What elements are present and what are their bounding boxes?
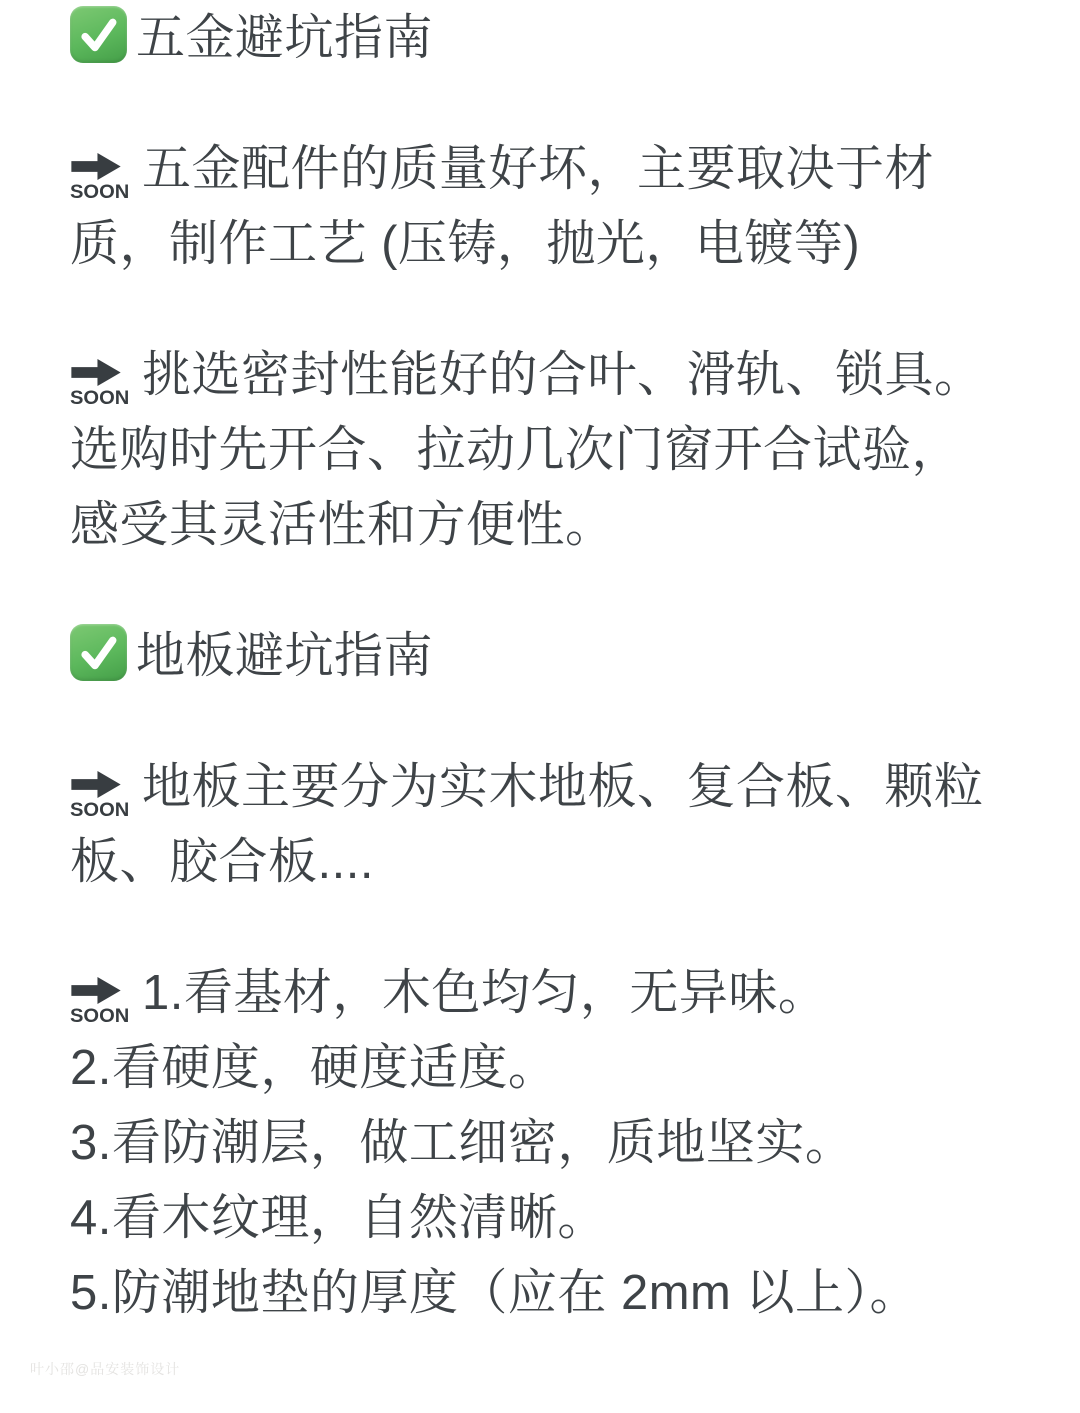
text-line: 感受其灵活性和方便性。 [70,498,615,552]
text-line: 地板主要分为实木地板、复合板、颗粒 [142,760,984,814]
text-line: 5.防潮地垫的厚度（应在 2mm 以上）。 [70,1266,919,1320]
text-line: 选购时先开合、拉动几次门窗开合试验， [70,423,961,477]
note-paragraph: SOON1.看基材，木色均匀，无异味。2.看硬度，硬度适度。3.看防潮层，做工细… [70,956,1024,1331]
text-line: 五金配件的质量好坏，主要取决于材 [142,142,934,196]
soon-arrow-icon: SOON [70,973,130,1030]
check-emoji-icon [70,6,127,63]
note-page: 五金避坑指南SOON五金配件的质量好坏，主要取决于材质，制作工艺 (压铸，抛光，… [0,0,1080,1413]
text-line: 板、胶合板.... [70,835,374,889]
text-line: 3.看防潮层，做工细密，质地坚实。 [70,1116,854,1170]
watermark: 叶小邵@品安装饰设计 [30,1360,180,1378]
soon-label: SOON [70,1005,134,1028]
soon-label: SOON [70,799,134,822]
text-line: 1.看基材，木色均匀，无异味。 [142,966,827,1020]
text-line: 地板避坑指南 [136,629,433,683]
text-line: 五金避坑指南 [136,11,433,65]
soon-label: SOON [70,181,134,204]
text-line: 质，制作工艺 (压铸，抛光，电镀等) [70,217,860,271]
soon-label: SOON [70,387,134,410]
soon-arrow-icon: SOON [70,355,130,412]
text-line: 4.看木纹理，自然清晰。 [70,1191,607,1245]
note-paragraph: SOON挑选密封性能好的合叶、滑轨、锁具。选购时先开合、拉动几次门窗开合试验，感… [70,338,1024,563]
note-content: 五金避坑指南SOON五金配件的质量好坏，主要取决于材质，制作工艺 (压铸，抛光，… [0,0,1080,1331]
note-paragraph: SOON五金配件的质量好坏，主要取决于材质，制作工艺 (压铸，抛光，电镀等) [70,132,1024,282]
text-line: 2.看硬度，硬度适度。 [70,1041,557,1095]
note-paragraph: SOON地板主要分为实木地板、复合板、颗粒板、胶合板.... [70,750,1024,900]
check-emoji-icon [70,624,127,681]
soon-arrow-icon: SOON [70,767,130,824]
section-heading: 五金避坑指南 [70,1,1024,76]
section-heading: 地板避坑指南 [70,619,1024,694]
soon-arrow-icon: SOON [70,149,130,206]
text-line: 挑选密封性能好的合叶、滑轨、锁具。 [142,348,984,402]
